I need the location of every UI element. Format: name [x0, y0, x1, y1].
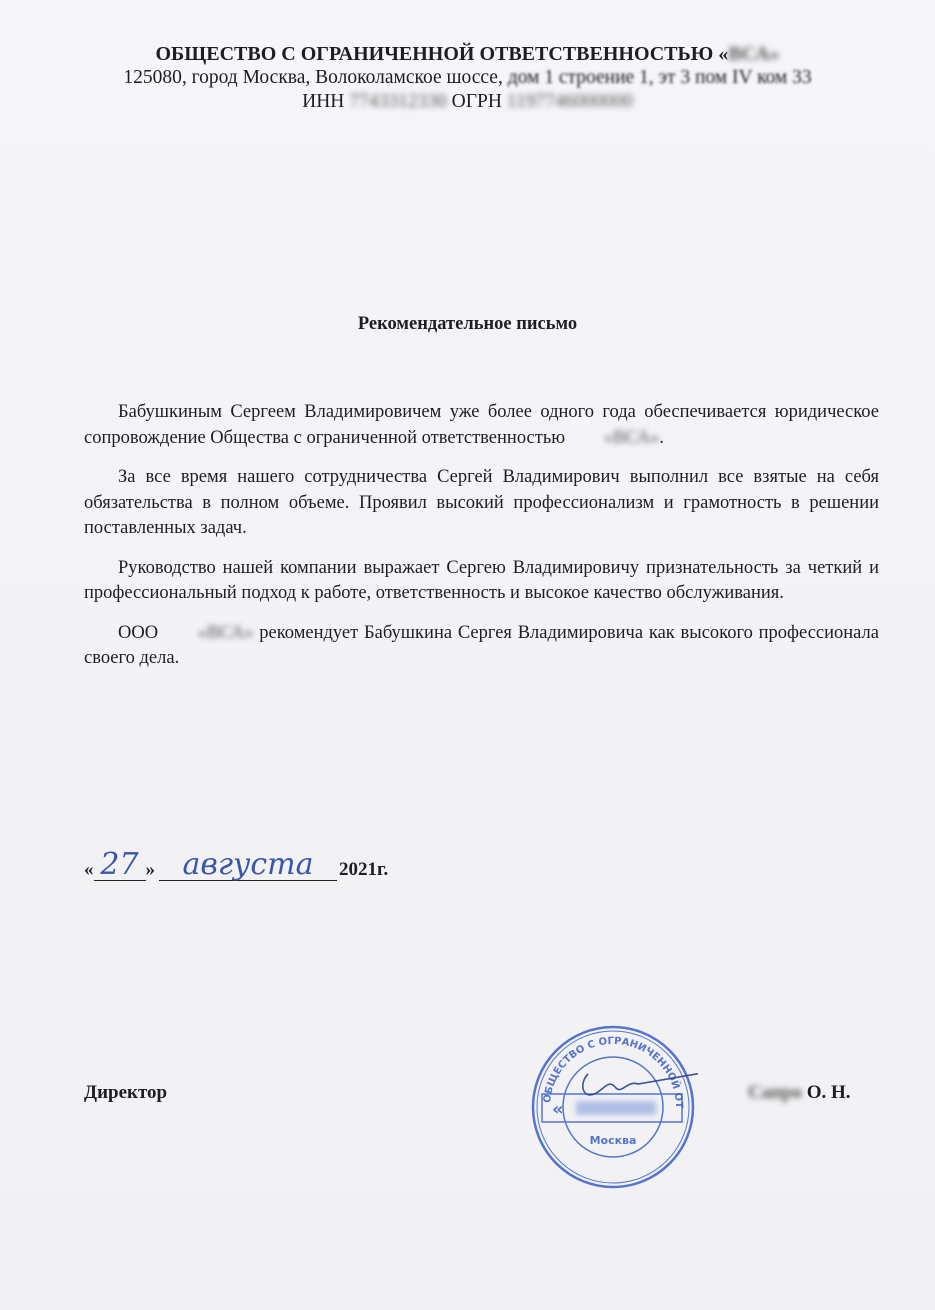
year: 2021г.: [339, 859, 388, 881]
paragraph-text: За все время нашего сотрудничества Серге…: [84, 467, 879, 538]
inn-label: ИНН: [302, 91, 349, 112]
ogrn-label: ОГРН: [447, 91, 507, 112]
handwritten-day: 27: [94, 850, 146, 881]
signer-name: Сапро О. Н.: [748, 1082, 851, 1104]
date-line: « 27 » августа 2021г.: [84, 850, 388, 881]
document-title: Рекомендательное письмо: [0, 314, 935, 335]
paragraph-text: Руководство нашей компании выражает Серг…: [84, 558, 879, 604]
company-stamp-icon: ОБЩЕСТВО С ОГРАНИЧЕННОЙ ОТВЕТСТВЕННОСТЬЮ…: [528, 1022, 698, 1192]
handwritten-month: августа: [159, 850, 337, 881]
org-name: ОБЩЕСТВО С ОГРАНИЧЕННОЙ ОТВЕТСТВЕННОСТЬЮ…: [0, 42, 935, 66]
signer-position: Директор: [84, 1082, 167, 1104]
paragraph-text: Бабушкиным Сергеем Владимировичем уже бо…: [84, 402, 879, 448]
open-quote: «: [84, 859, 94, 881]
paragraph-text: .: [659, 428, 664, 448]
paragraph: ООО «ВСА» рекомендует Бабушкина Сергея В…: [84, 621, 879, 672]
letterhead: ОБЩЕСТВО С ОГРАНИЧЕННОЙ ОТВЕТСТВЕННОСТЬЮ…: [0, 42, 935, 114]
document-page: ОБЩЕСТВО С ОГРАНИЧЕННОЙ ОТВЕТСТВЕННОСТЬЮ…: [0, 0, 935, 1310]
close-quote: »: [146, 859, 156, 881]
org-address: 125080, город Москва, Волоколамское шосс…: [0, 66, 935, 90]
svg-text:«: «: [552, 1099, 564, 1120]
paragraph: Бабушкиным Сергеем Владимировичем уже бо…: [84, 400, 879, 451]
org-ids: ИНН 7743312330 ОГРН 1197746000000: [0, 90, 935, 114]
paragraph: Руководство нашей компании выражает Серг…: [84, 556, 879, 607]
paragraph-text: ООО: [118, 623, 164, 643]
ogrn-value: 1197746000000: [507, 90, 633, 114]
inn-value: 7743312330: [349, 90, 447, 114]
redacted-name: «ВСА»: [570, 426, 660, 452]
address-blurred: дом 1 строение 1, эт 3 пом IV ком 33: [508, 67, 812, 88]
paragraph: За все время нашего сотрудничества Серге…: [84, 465, 879, 542]
org-name-redacted: ВСА»: [728, 42, 779, 66]
signer-surname: Сапро: [748, 1082, 802, 1104]
redacted-name: «ВСА»: [164, 621, 254, 647]
letter-body: Бабушкиным Сергеем Владимировичем уже бо…: [84, 400, 879, 686]
svg-text:Москва: Москва: [590, 1134, 637, 1147]
org-name-text: ОБЩЕСТВО С ОГРАНИЧЕННОЙ ОТВЕТСТВЕННОСТЬЮ…: [156, 43, 729, 65]
signer-initials: О. Н.: [802, 1082, 851, 1103]
address-text: 125080, город Москва, Волоколамское шосс…: [123, 67, 507, 88]
svg-text:ОБЩЕСТВО С ОГРАНИЧЕННОЙ ОТВЕТС: ОБЩЕСТВО С ОГРАНИЧЕННОЙ ОТВЕТСТВЕННОСТЬЮ: [528, 1022, 684, 1109]
